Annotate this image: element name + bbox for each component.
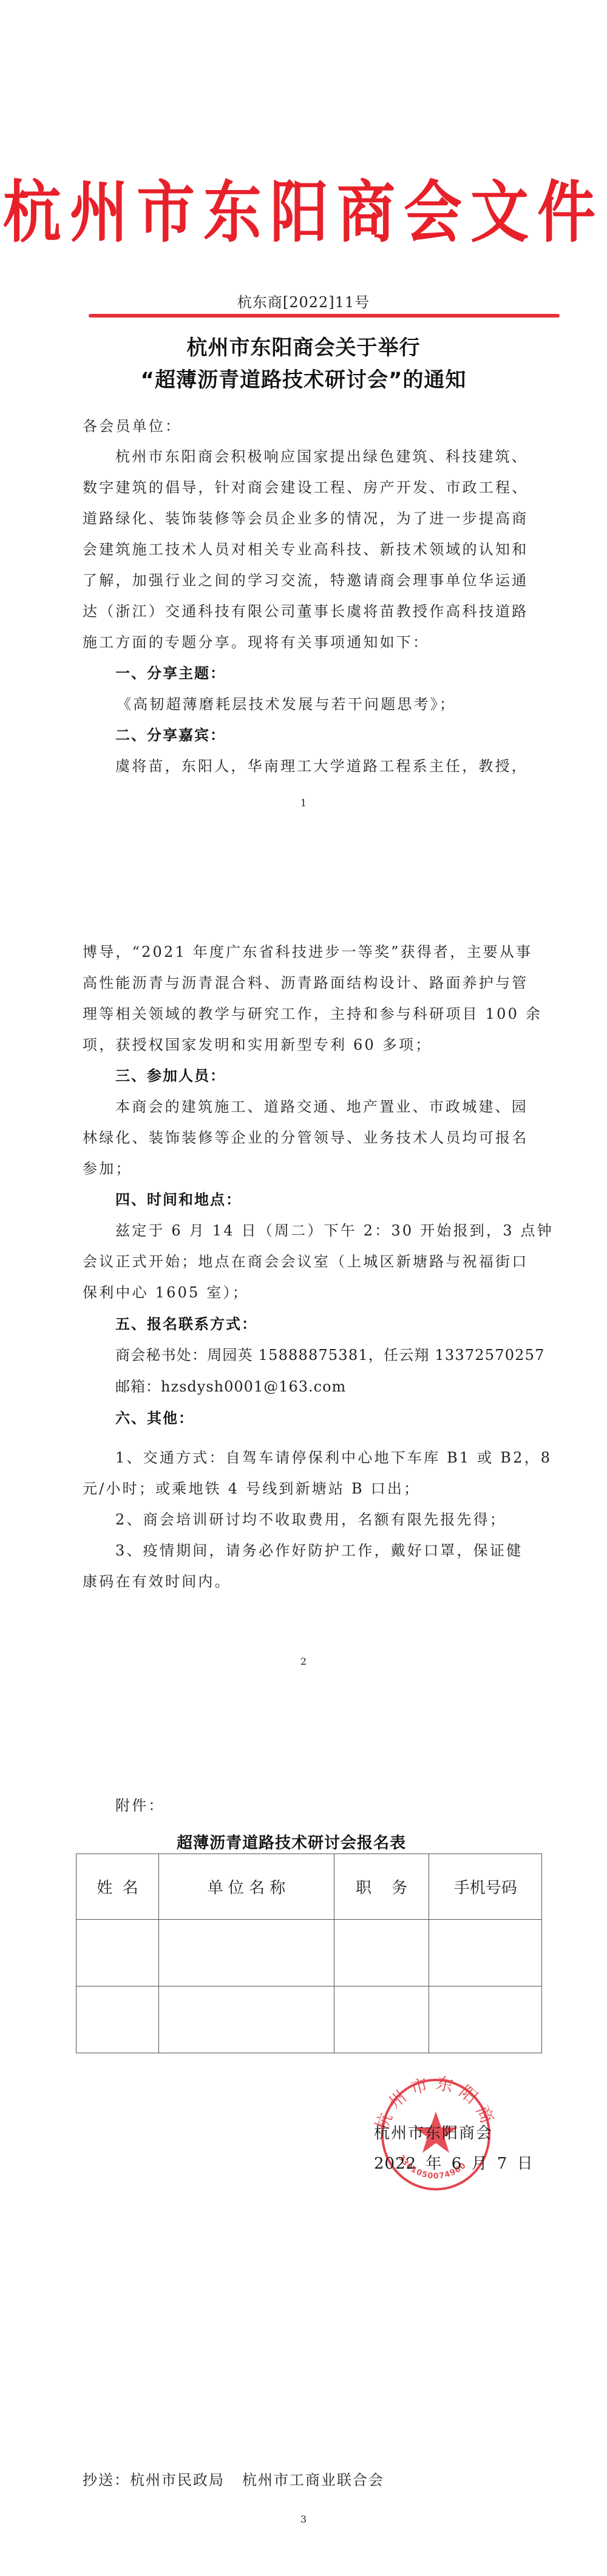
other-line: 康码在有效时间内。 bbox=[83, 1572, 231, 1591]
contact-secretariat: 商会秘书处：周园英 15888875381，任云翔 13372570257 bbox=[115, 1345, 545, 1365]
section-heading-time-place: 四、时间和地点： bbox=[115, 1190, 242, 1209]
cc-recipients: 抄送：杭州市民政局 杭州市工商业联合会 bbox=[83, 2468, 384, 2489]
cell-name[interactable] bbox=[76, 1986, 159, 2053]
cell-phone[interactable] bbox=[429, 1986, 542, 2053]
attendees-line: 本商会的建筑施工、道路交通、地产置业、市政城建、园 bbox=[115, 1097, 528, 1116]
intro-line: 数字建筑的倡导，针对商会建设工程、房产开发、市政工程、 bbox=[83, 478, 528, 497]
cell-organization[interactable] bbox=[159, 1986, 334, 2053]
cell-name[interactable] bbox=[76, 1920, 159, 1986]
intro-line: 杭州市东阳商会积极响应国家提出绿色建筑、科技建筑、 bbox=[115, 447, 528, 466]
attachment-label: 附件： bbox=[115, 1796, 165, 1815]
guest-line: 高性能沥青与沥青混合料、沥青路面结构设计、路面养护与管 bbox=[83, 973, 528, 993]
intro-line: 道路绿化、装饰装修等会员企业多的情况，为了进一步提高商 bbox=[83, 509, 528, 528]
page-number: 3 bbox=[0, 2513, 607, 2525]
time-place-line: 会议正式开始；地点在商会会议室（上城区新塘路与祝福街口 bbox=[83, 1252, 528, 1271]
time-place-line: 兹定于 6 月 14 日（周二）下午 2：30 开始报到，3 点钟 bbox=[115, 1221, 554, 1240]
registration-form-table: 姓 名 单 位 名 称 职 务 手机号码 bbox=[76, 1854, 542, 2053]
cell-phone[interactable] bbox=[429, 1920, 542, 1986]
section-heading-other: 六、其他： bbox=[115, 1409, 194, 1428]
page-number: 1 bbox=[0, 797, 607, 809]
attendees-line: 林绿化、装饰装修等企业的分管领导、业务技术人员均可报名 bbox=[83, 1128, 528, 1147]
document-number: 杭东商[2022]11号 bbox=[0, 290, 607, 311]
intro-line: 达（浙江）交通科技有限公司董事长虞将苗教授作高科技道路 bbox=[83, 602, 528, 621]
topic-text: 《高韧超薄磨耗层技术发展与若干问题思考》； bbox=[117, 695, 456, 714]
time-place-line: 保利中心 1605 室）； bbox=[83, 1283, 249, 1302]
notice-title-line-1: 杭州市东阳商会关于举行 bbox=[0, 331, 607, 361]
table-header-row: 姓 名 单 位 名 称 职 务 手机号码 bbox=[76, 1854, 542, 1920]
column-header-name: 姓 名 bbox=[76, 1854, 159, 1920]
cell-organization[interactable] bbox=[159, 1920, 334, 1986]
section-heading-guest: 二、分享嘉宾： bbox=[115, 726, 226, 745]
cell-position[interactable] bbox=[334, 1986, 429, 2053]
other-line: 元/小时；或乘地铁 4 号线到新塘站 B 口出； bbox=[83, 1479, 420, 1498]
document-red-header: 杭州市东阳商会文件 bbox=[0, 171, 607, 254]
guest-line: 虞将苗，东阳人，华南理工大学道路工程系主任，教授， bbox=[115, 756, 528, 776]
section-heading-topic: 一、分享主题： bbox=[115, 664, 226, 683]
column-header-organization: 单 位 名 称 bbox=[159, 1854, 334, 1920]
contact-email[interactable]: 邮箱：hzsdysh0001@163.com bbox=[115, 1377, 346, 1396]
column-header-phone: 手机号码 bbox=[429, 1854, 542, 1920]
guest-line: 项，获授权国家发明和实用新型专利 60 多项； bbox=[83, 1035, 432, 1055]
intro-line: 了解，加强行业之间的学习交流，特邀请商会理事单位华运通 bbox=[83, 571, 528, 590]
red-divider-rule bbox=[89, 314, 560, 318]
column-header-position: 职 务 bbox=[334, 1854, 429, 1920]
other-line: 1、交通方式：自驾车请停保利中心地下车库 B1 或 B2，8 bbox=[115, 1448, 552, 1467]
other-line: 3、疫情期间，请务必作好防护工作，戴好口罩，保证健 bbox=[115, 1541, 523, 1560]
intro-line: 施工方面的专题分享。现将有关事项通知如下： bbox=[83, 633, 429, 652]
intro-line: 会建筑施工技术人员对相关专业高科技、新技术领域的认知和 bbox=[83, 540, 528, 559]
guest-line: 理等相关领域的教学与研究工作，主持和参与科研项目 100 余 bbox=[83, 1004, 542, 1024]
signature-date: 2022 年 6 月 7 日 bbox=[374, 2151, 534, 2173]
other-line: 2、商会培训研讨均不收取费用，名额有限先报先得； bbox=[115, 1510, 506, 1529]
registration-form-title: 超薄沥青道路技术研讨会报名表 bbox=[0, 1830, 607, 1853]
section-heading-attendees: 三、参加人员： bbox=[115, 1066, 226, 1086]
guest-line: 博导，“2021 年度广东省科技进步一等奖”获得者，主要从事 bbox=[83, 942, 532, 962]
table-row bbox=[76, 1986, 542, 2053]
cell-position[interactable] bbox=[334, 1920, 429, 1986]
section-heading-contact: 五、报名联系方式： bbox=[115, 1314, 257, 1334]
signature-organization: 杭州市东阳商会 bbox=[374, 2121, 493, 2143]
salutation: 各会员单位： bbox=[83, 416, 181, 436]
notice-title-line-2: “超薄沥青道路技术研讨会”的通知 bbox=[0, 363, 607, 393]
table-row bbox=[76, 1920, 542, 1986]
attendees-line: 参加； bbox=[83, 1159, 132, 1178]
page-number: 2 bbox=[0, 1656, 607, 1667]
